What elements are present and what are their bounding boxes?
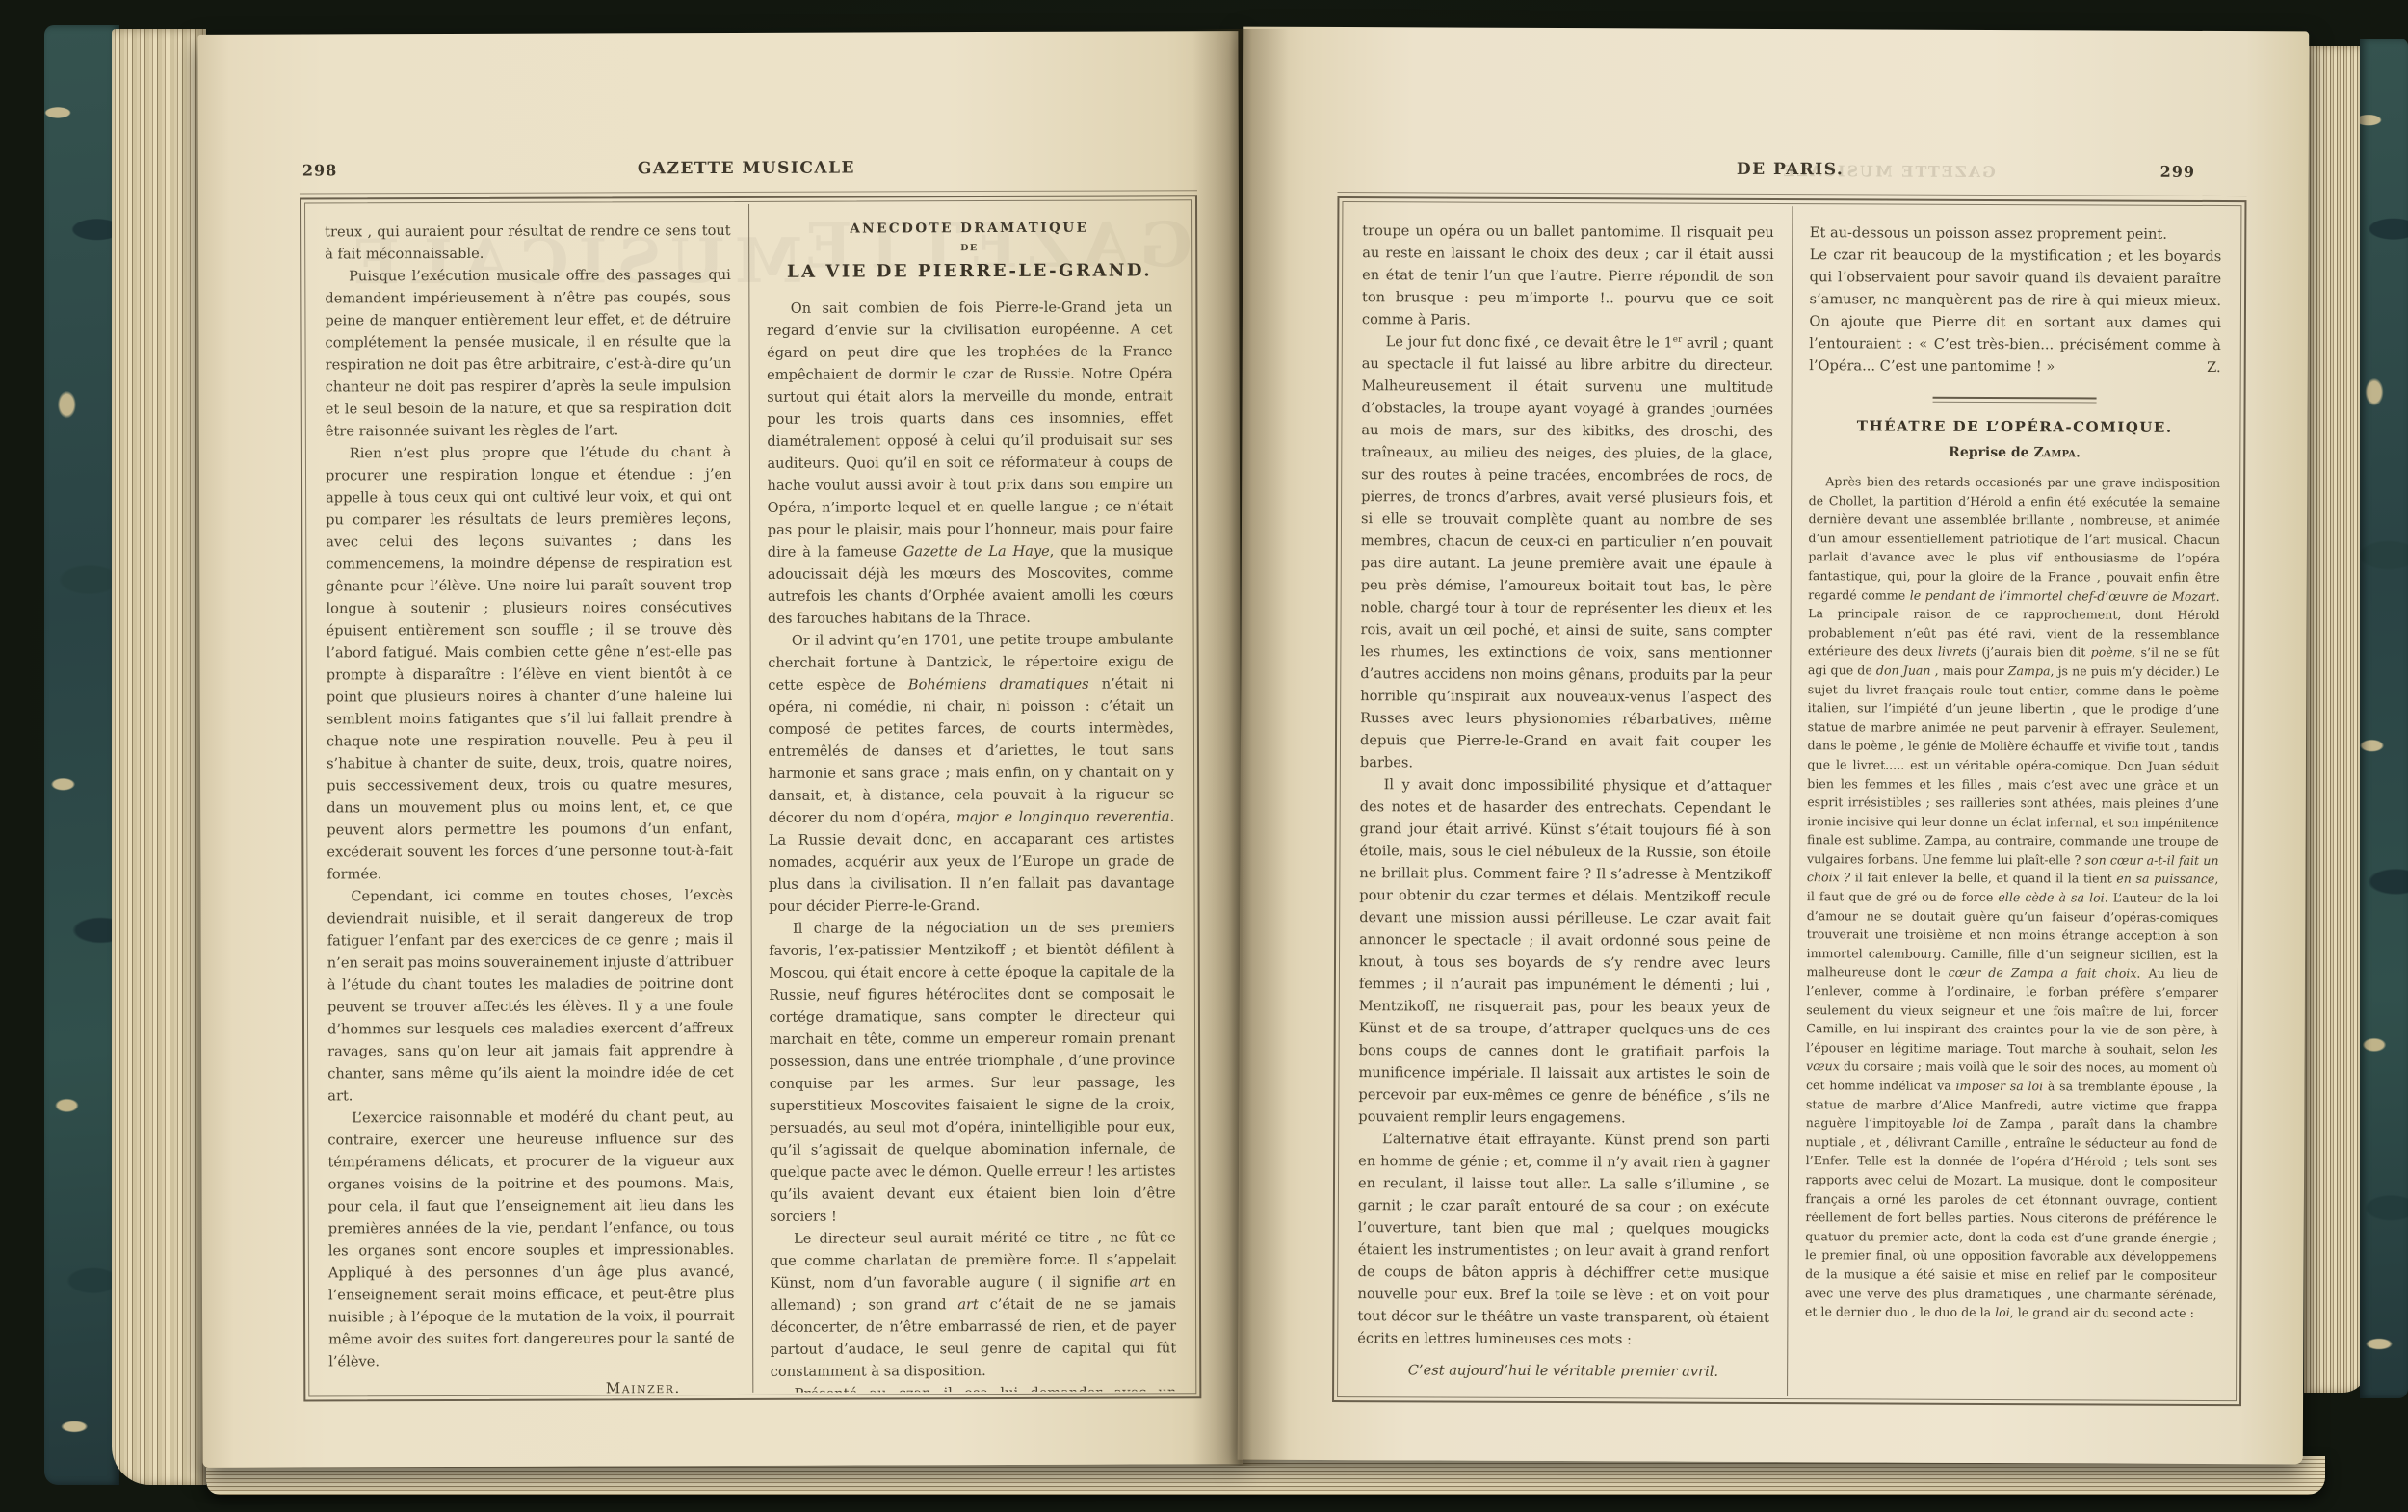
subtitle-de: DE [767, 242, 1173, 253]
paragraph: Le czar rit beaucoup de la mystification… [1809, 244, 2221, 378]
signature: Mainzer. [328, 1379, 735, 1395]
text-frame-right: troupe un opéra ou un ballet pantomime. … [1332, 196, 2246, 1406]
text-frame-left: treux , qui auraient pour résultat de re… [300, 195, 1201, 1401]
paragraph: Or il advint qu’en 1701, une petite trou… [768, 628, 1175, 917]
paragraph: Le jour fut donc fixé , ce devait être l… [1360, 330, 1774, 775]
page-body-right: troupe un opéra ou un ballet pantomime. … [1340, 204, 2238, 1398]
section-heading: THÉATRE DE L’OPÉRA-COMIQUE. [1809, 417, 2221, 436]
paragraph: Cependant, ici comme en toutes choses, l… [327, 884, 733, 1107]
paragraph: Il y avait donc impossibilité physique e… [1358, 773, 1771, 1130]
sub-heading: Reprise de Zampa. [1809, 444, 2221, 461]
kicker: ANECDOTE DRAMATIQUE [767, 220, 1173, 236]
marbled-cover-edge-right [2360, 39, 2408, 1398]
paragraph: Puisque l’exécution musicale offre des p… [325, 264, 731, 442]
paragraph: Et au-dessous un poisson assez propremen… [1810, 222, 2222, 246]
right-page: GAZETTE MUSICALE DE PARIS. 299 troupe un… [1238, 27, 2309, 1465]
paragraph: Le directeur seul aurait mérité ce titre… [770, 1226, 1176, 1382]
page-stack-right [2304, 46, 2368, 1393]
running-title-right: DE PARIS. [1338, 158, 2243, 181]
left-page: 298 GAZETTE MUSICALE MUSICALE GAZETTE tr… [197, 31, 1243, 1468]
author-initial: Z. [2207, 356, 2221, 378]
column-2: ANECDOTE DRAMATIQUEDELA VIE DE PIERRE-LE… [748, 202, 1194, 1393]
column-3: troupe un opéra ou un ballet pantomime. … [1340, 204, 1792, 1396]
photograph-of-open-book: { "palette":{"background":"#12170f","pag… [0, 0, 2408, 1512]
paragraph: On sait combien de fois Pierre-le-Grand … [767, 296, 1174, 629]
page-body-left: treux , qui auraient pour résultat de re… [307, 202, 1193, 1394]
column-1: treux , qui auraient pour résultat de re… [307, 204, 752, 1395]
column-4: Et au-dessous un poisson assez propremen… [1787, 206, 2239, 1398]
running-title-left: GAZETTE MUSICALE [300, 157, 1193, 179]
paragraph: treux , qui auraient pour résultat de re… [325, 220, 731, 265]
article-title: LA VIE DE PIERRE-LE-GRAND. [767, 260, 1173, 281]
paragraph: Présenté au czar, il osa lui demander av… [771, 1381, 1177, 1393]
paragraph: troupe un opéra ou un ballet pantomime. … [1362, 220, 1774, 332]
page-stack-left [112, 29, 206, 1485]
paragraph: Rien n’est plus propre que l’étude du ch… [326, 441, 733, 885]
paragraph: L’alternative était effrayante. Künst pr… [1357, 1128, 1769, 1351]
separator-rule [1933, 397, 2097, 404]
paragraph: L’exercice raisonnable et modéré du chan… [327, 1106, 734, 1372]
paragraph: C’est aujourd’hui le véritable premier a… [1357, 1359, 1769, 1383]
paragraph: Après bien des retards occasionés par un… [1805, 472, 2220, 1323]
marbled-cover-edge-left [44, 25, 119, 1485]
paragraph: Il charge de la négociation un de ses pr… [769, 916, 1176, 1227]
page-number-right: 299 [2160, 163, 2195, 181]
